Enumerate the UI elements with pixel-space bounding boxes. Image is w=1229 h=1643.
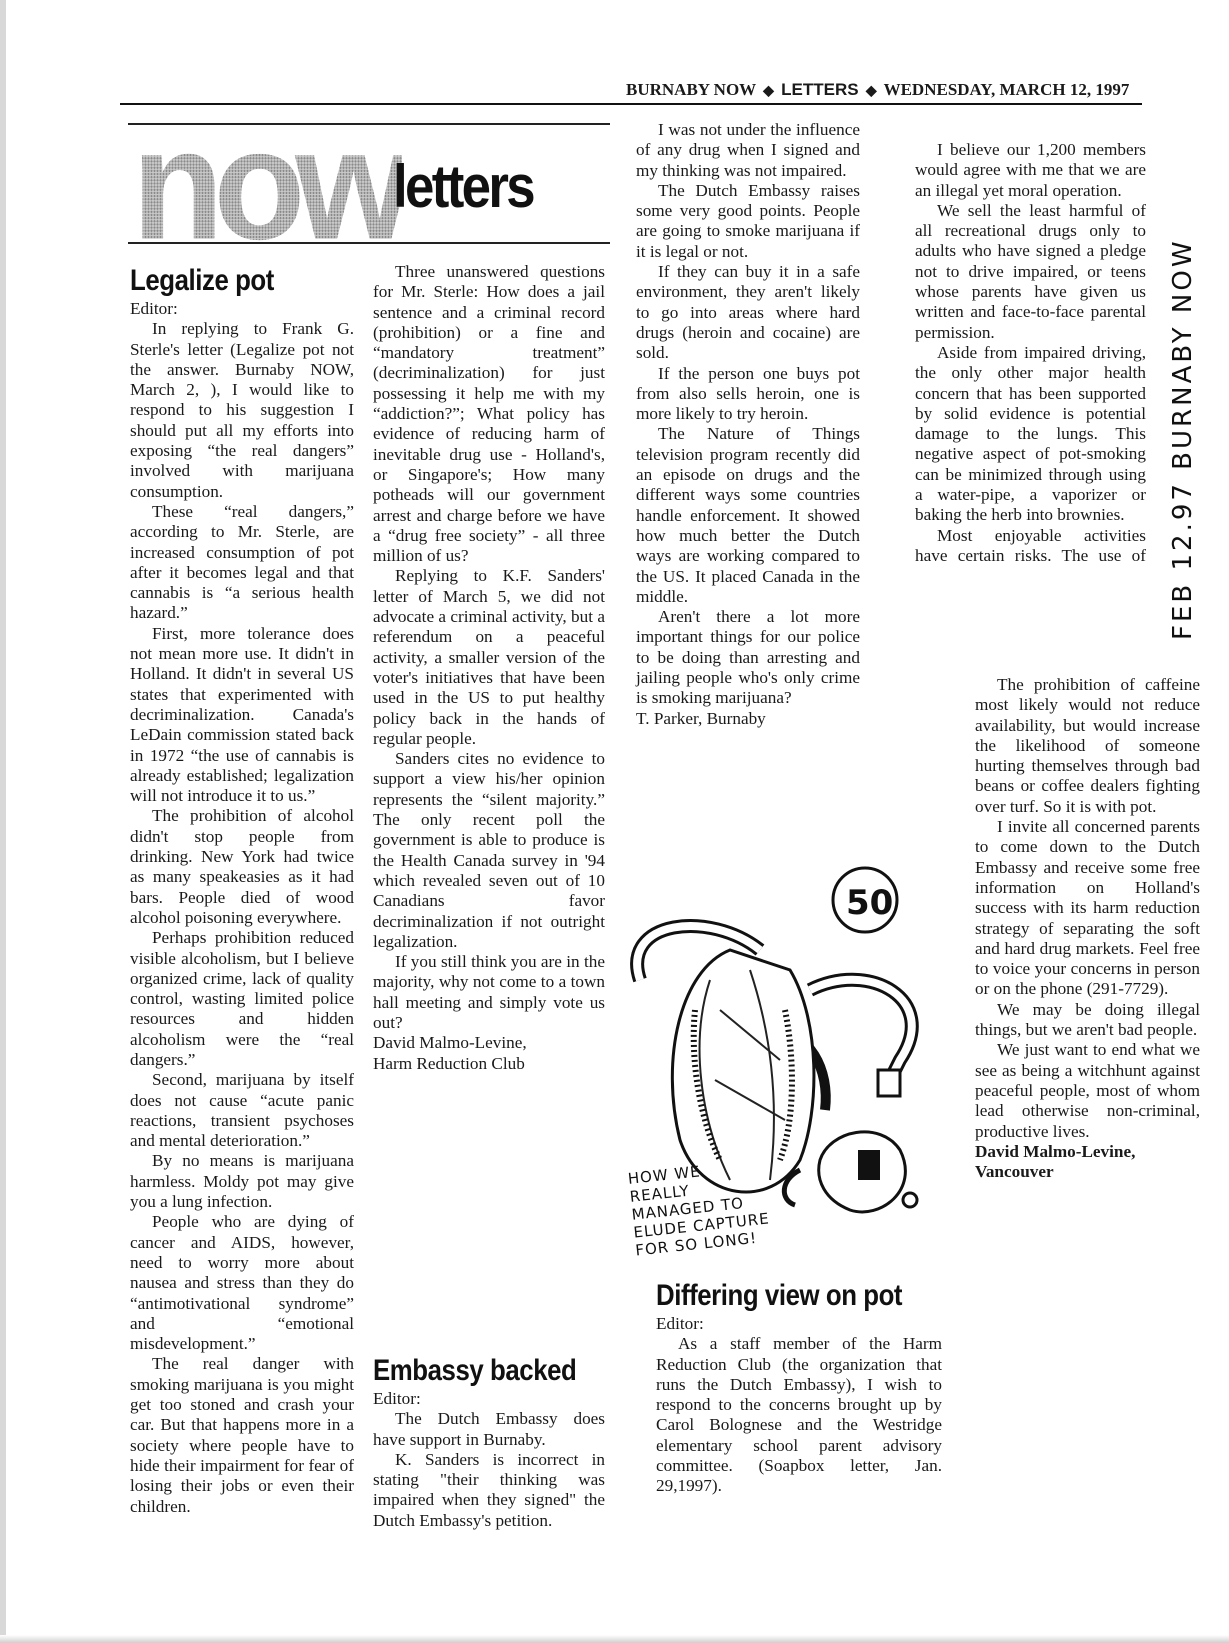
signature-affiliation: Harm Reduction Club	[373, 1054, 605, 1074]
paragraph: The Dutch Embassy raises some very good …	[636, 181, 860, 262]
paragraph: I invite all concerned parents to come d…	[975, 817, 1200, 1000]
signature-name: David Malmo-Levine,	[975, 1142, 1200, 1162]
masthead-rule-bottom	[128, 242, 610, 244]
paragraph: As a staff member of the Harm Reduction …	[656, 1334, 942, 1496]
paragraph: The prohibition of caffeine most likely …	[975, 675, 1200, 817]
paragraph: K. Sanders is incorrect in stating "thei…	[373, 1450, 605, 1531]
paragraph: The Dutch Embassy does have support in B…	[373, 1409, 605, 1450]
paragraph: People who are dying of cancer and AIDS,…	[130, 1212, 354, 1354]
paragraph: Most enjoyable activities have certain r…	[915, 526, 1146, 567]
masthead-now-halftone: now	[132, 125, 402, 243]
salutation: Editor:	[130, 299, 354, 319]
paragraph: Replying to K.F. Sanders' letter of Marc…	[373, 566, 605, 749]
paragraph: If the person one buys pot from also sel…	[636, 364, 860, 425]
letter-embassy-backed: Embassy backed Editor: The Dutch Embassy…	[373, 1353, 605, 1531]
salutation: Editor:	[656, 1314, 942, 1334]
headline-differing-view: Differing view on pot	[656, 1278, 902, 1314]
diamond-icon: ◆	[866, 84, 877, 99]
paragraph: Perhaps prohibition reduced visible alco…	[130, 928, 354, 1070]
paragraph: These “real dangers,” according to Mr. S…	[130, 502, 354, 624]
signature-city: Vancouver	[975, 1162, 1200, 1182]
paragraph: Second, marijuana by itself does not cau…	[130, 1070, 354, 1151]
paragraph: Aren't there a lot more important things…	[636, 607, 860, 708]
publication-name: BURNABY NOW	[626, 80, 756, 99]
salutation: Editor:	[373, 1389, 605, 1409]
paragraph: Aside from impaired driving, the only ot…	[915, 343, 1146, 526]
letter-legalize-pot-col2: Three unanswered questions for Mr. Sterl…	[373, 262, 605, 1074]
scan-left-edge	[0, 0, 6, 1643]
paragraph: In replying to Frank G. Sterle's letter …	[130, 319, 354, 502]
paragraph: We sell the least harmful of all recreat…	[915, 201, 1146, 343]
handwritten-margin-note: FEB 12.97 BURNABY NOW	[1168, 238, 1198, 640]
letter-differing-view: Differing view on pot Editor: As a staff…	[656, 1278, 942, 1497]
paragraph: We just want to end what we see as being…	[975, 1040, 1200, 1141]
paragraph: I was not under the influence of any dru…	[636, 120, 860, 181]
letter-embassy-backed-col3: I was not under the influence of any dru…	[636, 120, 860, 729]
paragraph: We may be doing illegal things, but we a…	[975, 1000, 1200, 1041]
diamond-icon: ◆	[763, 84, 774, 99]
paragraph: If they can buy it in a safe environment…	[636, 262, 860, 363]
issue-date: WEDNESDAY, MARCH 12, 1997	[884, 80, 1130, 99]
letter-legalize-pot-col1: Legalize pot Editor: In replying to Fran…	[130, 263, 354, 1517]
paragraph: The prohibition of alcohol didn't stop p…	[130, 806, 354, 928]
paragraph: The real danger with smoking marijuana i…	[130, 1354, 354, 1516]
paragraph: By no means is marijuana harmless. Moldy…	[130, 1151, 354, 1212]
paragraph: Three unanswered questions for Mr. Sterl…	[373, 262, 605, 566]
paragraph: Sanders cites no evidence to support a v…	[373, 749, 605, 952]
header-rule	[120, 103, 1142, 105]
running-header: BURNABY NOW ◆ LETTERS ◆ WEDNESDAY, MARCH…	[626, 80, 1129, 100]
letter-differing-view-col4: I believe our 1,200 members would agree …	[915, 140, 1146, 567]
paragraph: The Nature of Things television program …	[636, 424, 860, 607]
section-name: LETTERS	[781, 80, 858, 99]
paragraph: I believe our 1,200 members would agree …	[915, 140, 1146, 201]
cartoon-caption: HOW WE REALLY MANAGED TO ELUDE CAPTURE F…	[627, 1156, 772, 1260]
headline-legalize-pot: Legalize pot	[130, 263, 323, 299]
headline-embassy-backed: Embassy backed	[373, 1353, 573, 1389]
letter-differing-view-col4b: The prohibition of caffeine most likely …	[975, 675, 1200, 1182]
signature-name: David Malmo-Levine,	[373, 1033, 605, 1053]
paragraph: If you still think you are in the majori…	[373, 952, 605, 1033]
masthead-letters-logo: letters	[393, 152, 533, 222]
scan-bottom-edge	[0, 1635, 1229, 1643]
paragraph: First, more tolerance does not mean more…	[130, 624, 354, 807]
cartoon-badge-number: 50	[846, 883, 893, 923]
signature-name: T. Parker, Burnaby	[636, 709, 860, 729]
